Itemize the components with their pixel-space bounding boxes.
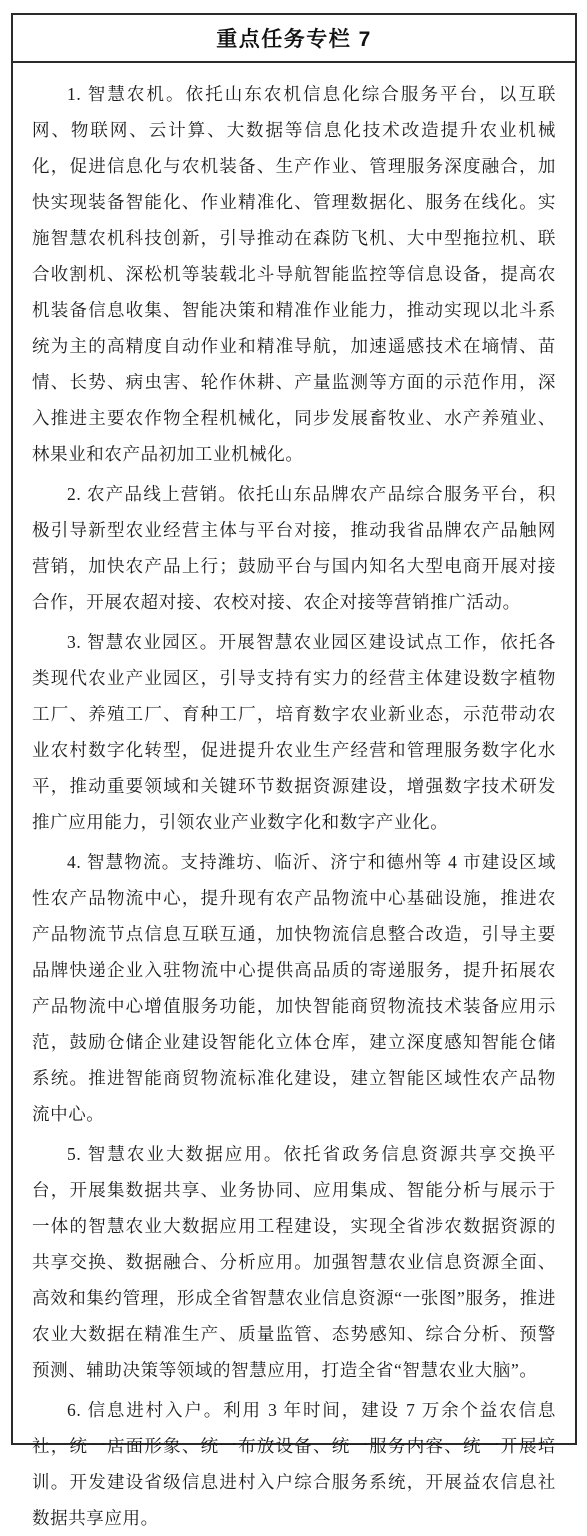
panel-body: 1. 智慧农机。依托山东农机信息化综合服务平台，以互联网、物联网、云计算、大数据… — [13, 63, 575, 1536]
task-paragraph-6: 6. 信息进村入户。利用 3 年时间，建设 7 万余个益农信息社，统一店面形象、… — [32, 1392, 556, 1536]
task-paragraph-1: 1. 智慧农机。依托山东农机信息化综合服务平台，以互联网、物联网、云计算、大数据… — [32, 76, 556, 472]
key-task-panel: 重点任务专栏 7 1. 智慧农机。依托山东农机信息化综合服务平台，以互联网、物联… — [11, 13, 577, 1445]
panel-title: 重点任务专栏 7 — [216, 23, 372, 53]
task-paragraph-5: 5. 智慧农业大数据应用。依托省政务信息资源共享交换平台，开展集数据共享、业务协… — [32, 1136, 556, 1388]
task-paragraph-2: 2. 农产品线上营销。依托山东品牌农产品综合服务平台，积极引导新型农业经营主体与… — [32, 476, 556, 620]
task-paragraph-4: 4. 智慧物流。支持潍坊、临沂、济宁和德州等 4 市建设区域性农产品物流中心，提… — [32, 844, 556, 1132]
task-paragraph-3: 3. 智慧农业园区。开展智慧农业园区建设试点工作，依托各类现代农业产业园区，引导… — [32, 624, 556, 840]
panel-title-row: 重点任务专栏 7 — [13, 15, 575, 63]
